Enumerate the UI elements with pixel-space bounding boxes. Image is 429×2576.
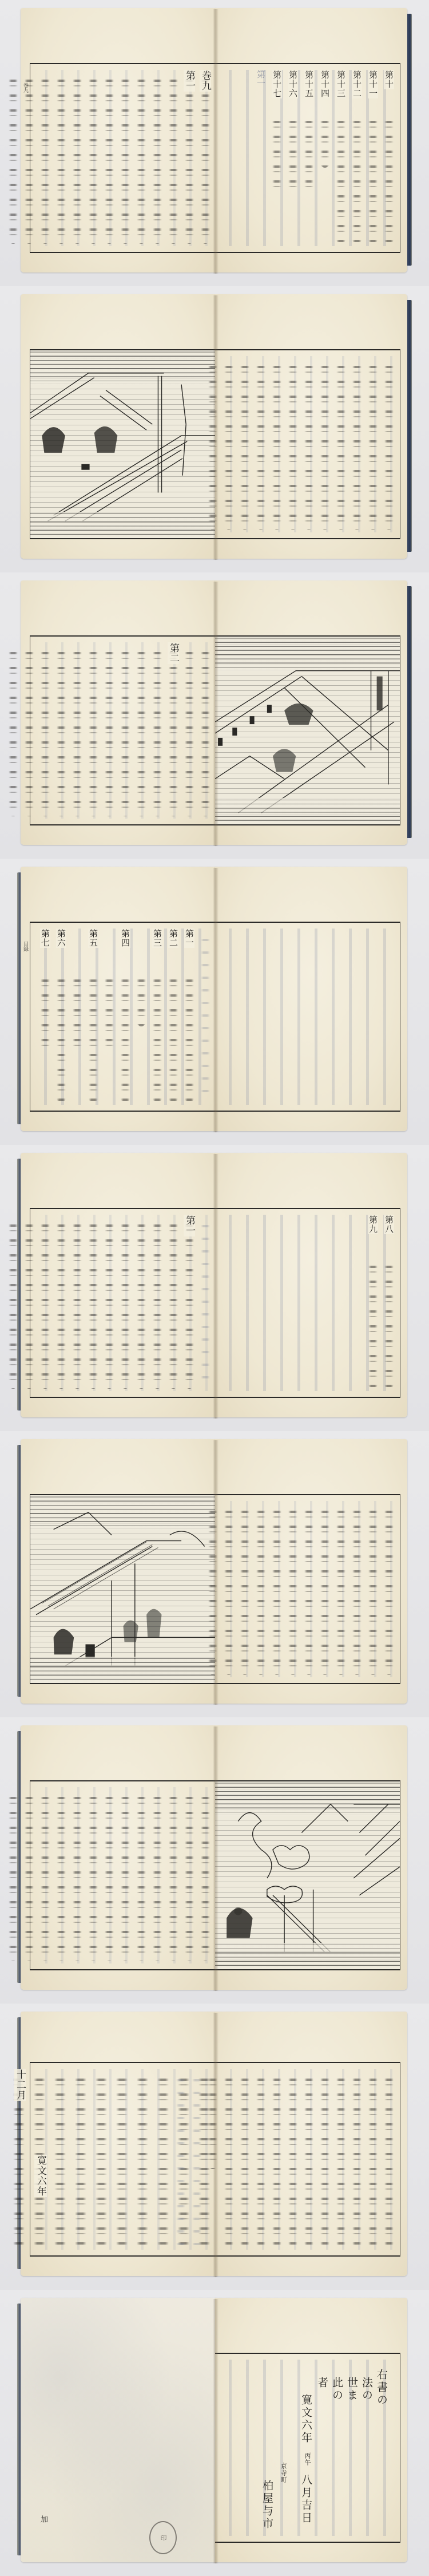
endpaper-blank: 加 印 (21, 2298, 216, 2562)
open-book: 第一 第八 第九 (21, 1153, 410, 1421)
empty-frame (215, 922, 400, 1112)
toc-entry: 第十四 (319, 70, 331, 247)
text-frame: 第二 (30, 635, 216, 825)
toc-entry: 第十二 (351, 70, 363, 247)
toc-entry: 第一 (183, 929, 196, 1106)
photo-stack: 巻九 巻九 第一 第十 第十一 (0, 0, 429, 2576)
text-frame (215, 1494, 400, 1684)
court-interior-drawing (215, 637, 400, 824)
open-book (21, 1439, 410, 1707)
toc-entry: 第二 (167, 929, 180, 1106)
illustration-frame (30, 349, 216, 539)
woodblock-illustration (215, 637, 400, 824)
section-heading: 第二 (167, 642, 180, 820)
month-line: 十二月 (11, 2069, 26, 2251)
toc-entry: 第七 (39, 929, 51, 1106)
era-date: 寛文六年 (299, 2394, 314, 2444)
left-page: 巻九 巻九 第一 (21, 8, 216, 272)
ghost-entry: 第一 (255, 70, 267, 247)
right-page-toc: 第八 第九 (215, 1153, 407, 1417)
toc-entry: 第十五 (303, 70, 315, 247)
photo-panel-6 (0, 1431, 429, 1717)
photo-panel-9: 加 印 右書の 法の 世ま 此の 者 寛文六年 丙午 八月吉日 京寺町 柏屋与市 (0, 2290, 429, 2576)
photo-panel-7 (0, 1717, 429, 2004)
section-heading: 第一 (183, 70, 196, 247)
toc-entry: 第十三 (335, 70, 347, 247)
text-columns: 巻九 第一 (35, 70, 212, 247)
toc-title (199, 929, 212, 1106)
publisher-name: 柏屋与市 (260, 2480, 275, 2530)
open-book: 巻九 巻九 第一 第十 第十一 (21, 8, 410, 276)
photo-panel-3: 第二 (0, 572, 429, 859)
toc-columns: 第十 第十一 第十二 第十三 第十四 第十五 第十六 第十七 第一 (220, 70, 395, 247)
show-through-text (220, 929, 395, 1105)
text-frame: 巻九 第一 (30, 63, 216, 253)
left-page-toc: 目録 第一 第二 第三 第四 第五 第六 第七 (21, 867, 216, 1131)
text-frame (215, 349, 400, 539)
toc-entry: 第九 (367, 1215, 379, 1392)
text-frame (30, 1780, 216, 1970)
toc-entry: 第六 (55, 929, 67, 1106)
left-page-illustration (21, 1439, 216, 1704)
text-frame (215, 2062, 400, 2257)
heading-column: 巻九 (199, 70, 212, 247)
month-day: 八月吉日 (299, 2474, 314, 2524)
woodblock-illustration (30, 1495, 216, 1683)
temple-veranda-drawing (30, 1495, 216, 1683)
toc-entry: 第十七 (271, 70, 283, 247)
left-page-text: 第二 (21, 580, 216, 845)
illustration-frame (215, 1780, 400, 1970)
right-page-text (215, 1439, 407, 1704)
illustration-frame (30, 1494, 216, 1684)
colophon-line: 者 (315, 2377, 330, 2389)
publisher-address: 京寺町 (279, 2463, 288, 2483)
right-page-text (215, 294, 407, 559)
section-heading: 第一 (183, 1215, 196, 1392)
colophon-line: 世ま (344, 2377, 360, 2402)
right-page-illustration (215, 1725, 407, 1990)
text-frame: 第八 第九 (215, 1208, 400, 1398)
colophon-frame: 右書の 法の 世ま 此の 者 寛文六年 丙午 八月吉日 京寺町 柏屋与市 (215, 2353, 400, 2543)
toc-entry: 第五 (87, 929, 100, 1106)
toc-entry: 第四 (119, 929, 132, 1106)
handwritten-note: 加 (38, 2515, 49, 2523)
toc-entry: 第三 (151, 929, 164, 1106)
toc-entry: 第十一 (367, 70, 379, 247)
colophon-line: 法の (359, 2377, 375, 2402)
ownership-seal-stamp: 印 (149, 2521, 177, 2554)
temple-room-drawing (30, 350, 216, 538)
open-book: 目録 第一 第二 第三 第四 第五 第六 第七 (21, 867, 410, 1135)
left-page-text: 第一 (21, 1153, 216, 1417)
left-page-text (21, 1725, 216, 1990)
zodiac-year: 丙午 (303, 2452, 312, 2466)
colophon-line: 此の (329, 2377, 345, 2402)
left-page-illustration (21, 294, 216, 559)
toc-entry: 第十 (383, 70, 395, 247)
colophon-line: 右書の (374, 2369, 390, 2407)
photo-panel-4: 目録 第一 第二 第三 第四 第五 第六 第七 (0, 859, 429, 1145)
woodblock-illustration (215, 1781, 400, 1969)
open-book: 加 印 右書の 法の 世ま 此の 者 寛文六年 丙午 八月吉日 京寺町 柏屋与市 (21, 2298, 410, 2566)
open-book (21, 294, 410, 562)
photo-panel-2 (0, 286, 429, 572)
open-book: 寛文六年 十二月 (21, 2012, 410, 2279)
right-page-text (215, 2012, 407, 2276)
right-page-colophon: 右書の 法の 世ま 此の 者 寛文六年 丙午 八月吉日 京寺町 柏屋与市 (215, 2298, 407, 2562)
photo-panel-1: 巻九 巻九 第一 第十 第十一 (0, 0, 429, 286)
right-page-blank (215, 867, 407, 1131)
photo-panel-5: 第一 第八 第九 (0, 1145, 429, 1431)
monk-under-clouds-drawing (215, 1781, 400, 1969)
date-line: 寛文六年 (32, 2069, 47, 2251)
illustration-frame (215, 635, 400, 825)
text-frame: 第十 第十一 第十二 第十三 第十四 第十五 第十六 第十七 第一 (215, 63, 400, 253)
text-frame: 第一 (30, 1208, 216, 1398)
woodblock-illustration (30, 350, 216, 538)
right-page-illustration (215, 580, 407, 845)
right-page-toc: 第十 第十一 第十二 第十三 第十四 第十五 第十六 第十七 第一 (215, 8, 407, 272)
photo-panel-8: 寛文六年 十二月 (0, 2004, 429, 2290)
toc-entry: 第十六 (287, 70, 299, 247)
open-book (21, 1725, 410, 1993)
toc-entry: 第八 (383, 1215, 395, 1392)
open-book: 第二 (21, 580, 410, 848)
text-frame: 第一 第二 第三 第四 第五 第六 第七 (30, 922, 216, 1112)
text-frame: 寛文六年 十二月 (30, 2062, 216, 2257)
gutter-label: 目録 (22, 941, 29, 951)
